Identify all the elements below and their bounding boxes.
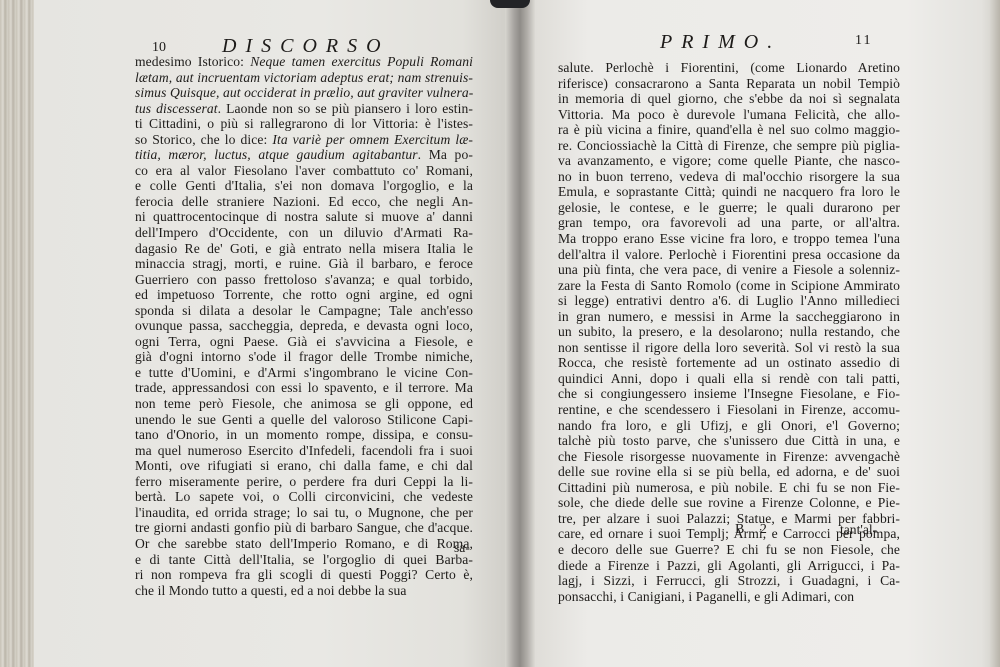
italic-latin-quote: lætam, aut incruentam victoriam adeptus … [135, 70, 473, 85]
text-segment: salute. Perlochè i Fiorentini, (come Lio… [558, 60, 900, 75]
text-line: gelosie, le contese, e le guerre; le qua… [558, 200, 900, 216]
text-line: dell'altra il valore. Perlochè i Fiorent… [558, 247, 900, 263]
text-segment: re. Conciossiachè la Città di Firenze, c… [558, 138, 900, 153]
text-segment: va avanzamento, e vigore; come quelle Pi… [558, 153, 900, 168]
text-segment: ra è più vicina a finire, quand'ella è n… [558, 122, 900, 137]
text-line: co era al valor Fiesolano l'aver combatt… [135, 163, 473, 179]
italic-latin-quote: Ita variè per omnem Exercitum læ- [272, 132, 473, 147]
text-line: che il Mondo tutto a questi, ed a noi de… [135, 583, 473, 599]
text-segment: zare la Festa di Santo Romolo (come in S… [558, 278, 900, 293]
text-segment: co era al valor Fiesolano l'aver combatt… [135, 163, 473, 178]
page-stack-edge-right [990, 0, 1000, 667]
text-line: ed impetuoso Torrente, che rotto ogni ar… [135, 287, 473, 303]
text-segment: quindici Anni, dopo i quali ella si rend… [558, 371, 900, 386]
text-line: già d'ogni intorno s'ode il fragor delle… [135, 349, 473, 365]
text-segment: trade, appressandosi con essi lo spavent… [135, 380, 473, 395]
text-segment: nando fra loro, e gli Ufizj, e gli Onori… [558, 418, 900, 433]
text-segment: ni quattrocentocinque di nostra salute s… [135, 209, 473, 224]
text-line: ti Cittadini, o più si rallegrarono di l… [135, 116, 473, 132]
text-line: unendo le sue Genti a quelle del valoros… [135, 412, 473, 428]
signature-mark: B 2 [735, 522, 773, 538]
text-segment: e di tante Città dell'Italia, se l'orgog… [135, 552, 473, 567]
text-segment: che Fiesole risorgesse nuovamente in Fir… [558, 449, 900, 464]
text-segment: in gran numero, e messisi in Arme la sac… [558, 309, 900, 324]
book-gutter [505, 0, 535, 667]
text-segment: gran tempo, ora favorevoli ad una parte,… [558, 215, 900, 230]
text-segment: rentine, e che scendessero i Fiesolani i… [558, 402, 900, 417]
text-segment: sole, che diede delle sue rovine a Firen… [558, 495, 900, 510]
text-segment: ti Cittadini, o più si rallegrarono di l… [135, 116, 473, 131]
text-line: diede a Firenze i Pazzi, gli Agolanti, g… [558, 558, 900, 574]
text-line: simus Quisque, aut occiderat in prælio, … [135, 85, 473, 101]
text-line: trade, appressandosi con essi lo spavent… [135, 380, 473, 396]
text-segment: riferisce) consacrarono a Santa Reparata… [558, 76, 900, 91]
text-segment: l'inaudita, ed orrida strage; lo sai tu,… [135, 505, 473, 520]
italic-latin-quote: titia, mæror, luctus, atque gaudium agit… [135, 147, 418, 162]
text-segment: delle sue rovine ella si se più bella, e… [558, 464, 900, 479]
text-line: e tutte d'Uomini, e d'Armi s'ingombrano … [135, 365, 473, 381]
text-segment: . Ma po- [418, 147, 473, 162]
text-line: che Fiesole risorgesse nuovamente in Fir… [558, 449, 900, 465]
text-segment: dell'Impero d'Occidente, con un diluvio … [135, 225, 473, 240]
text-segment: minaccia stragj, morti, e ruine. Già il … [135, 256, 473, 271]
left-page-body: medesimo Istorico: Neque tamen exercitus… [135, 54, 473, 598]
text-line: Guerriero con passo frettoloso s'avanza;… [135, 272, 473, 288]
text-line: si legge) entrativi dentro a'6. di Lugli… [558, 293, 900, 309]
text-segment: Guerriero con passo frettoloso s'avanza;… [135, 272, 473, 287]
text-line: lagj, i Sizzi, i Ferrucci, gli Strozzi, … [558, 573, 900, 589]
text-segment: ed impetuoso Torrente, che rotto ogni ar… [135, 287, 473, 302]
text-segment: non teme però Fiesole, che animosa se gl… [135, 396, 473, 411]
text-line: no in buon terreno, vedeva di mal'occhio… [558, 169, 900, 185]
text-line: tre giorni andasti gonfio più di barbaro… [135, 520, 473, 536]
text-line: ponsacchi, i Canigiani, i Paganelli, e g… [558, 589, 900, 605]
text-segment: ma quel numeroso Esercito d'Infedeli, fa… [135, 443, 473, 458]
text-segment: Rocca, che resistè fortemente ad un osti… [558, 355, 900, 370]
text-line: in gran numero, e messisi in Arme la sac… [558, 309, 900, 325]
text-line: che si congiungessero insieme l'Insegne … [558, 386, 900, 402]
text-segment: non sentisse il rigore della loro severi… [558, 340, 900, 355]
text-segment: e colle Genti d'Italia, s'ei non domava … [135, 178, 473, 193]
text-line: ovunque passa, saccheggia, depreda, e de… [135, 318, 473, 334]
text-segment: in memoria di quel giorno, che s'ebbe da… [558, 91, 900, 106]
text-line: zare la Festa di Santo Romolo (come in S… [558, 278, 900, 294]
spine-shadow [490, 0, 530, 8]
text-line: ra è più vicina a finire, quand'ella è n… [558, 122, 900, 138]
text-segment: talchè più tosto parve, che s'unissero d… [558, 433, 900, 448]
page-stack-edge-left [0, 0, 34, 667]
text-line: e di tante Città dell'Italia, se l'orgog… [135, 552, 473, 568]
text-line: ni quattrocentocinque di nostra salute s… [135, 209, 473, 225]
text-line: Rocca, che resistè fortemente ad un osti… [558, 355, 900, 371]
text-line: ogni Terra, ogni Paese. Già ei s'avvicin… [135, 334, 473, 350]
text-line: ri non rompeva fra gli scogli di questi … [135, 567, 473, 583]
text-segment: medesimo Istorico: [135, 54, 250, 69]
text-segment: ri non rompeva fra gli scogli di questi … [135, 567, 473, 582]
text-line: tus discesserat. Laonde non so se più pi… [135, 101, 473, 117]
text-segment: ogni Terra, ogni Paese. Già ei s'avvicin… [135, 334, 473, 349]
text-segment: unendo le sue Genti a quelle del valoros… [135, 412, 473, 427]
text-segment: no in buon terreno, vedeva di mal'occhio… [558, 169, 900, 184]
text-segment: Vittoria. Ma poco è durevole l'umana Fel… [558, 107, 900, 122]
text-segment: e tutte d'Uomini, e d'Armi s'ingombrano … [135, 365, 473, 380]
text-segment: tano d'Onorio, in un momento rompe, diss… [135, 427, 473, 442]
text-line: dell'Impero d'Occidente, con un diluvio … [135, 225, 473, 241]
italic-latin-quote: tus discesserat [135, 101, 218, 116]
text-segment: ovunque passa, saccheggia, depreda, e de… [135, 318, 473, 333]
text-line: dagasio Re de' Goti, e già entrato nella… [135, 241, 473, 257]
text-segment: . Laonde non so se più piansero i loro e… [218, 101, 473, 116]
text-segment: ferocia delle straniere Nazioni. Ed ecco… [135, 194, 473, 209]
text-line: ferocia delle straniere Nazioni. Ed ecco… [135, 194, 473, 210]
text-line: salute. Perlochè i Fiorentini, (come Lio… [558, 60, 900, 76]
text-line: ma quel numeroso Esercito d'Infedeli, fa… [135, 443, 473, 459]
text-line: ferro miseramente perire, o perdere fra … [135, 474, 473, 490]
text-segment: dell'altra il valore. Perlochè i Fiorent… [558, 247, 900, 262]
text-segment: e decoro delle sue Guerre? E chi fu se n… [558, 542, 900, 557]
text-segment: Emula, e soprastante Città; quindi ne na… [558, 184, 900, 199]
text-segment: una più finta, che vera pace, di venire … [558, 262, 900, 277]
right-catchword: tant'al- [840, 522, 877, 538]
italic-latin-quote: simus Quisque, aut occiderat in prælio, … [135, 85, 473, 100]
text-line: Monti, ove rifugiati si erano, chi dalla… [135, 458, 473, 474]
text-segment: lagj, i Sizzi, i Ferrucci, gli Strozzi, … [558, 573, 900, 588]
text-line: minaccia stragj, morti, e ruine. Già il … [135, 256, 473, 272]
right-page-number: 11 [855, 33, 872, 49]
text-segment: che il Mondo tutto a questi, ed a noi de… [135, 583, 407, 598]
text-line: Emula, e soprastante Città; quindi ne na… [558, 184, 900, 200]
text-segment: so Storico, che lo dice: [135, 132, 272, 147]
text-line: Cittadini più numerosa, e più nobile. E … [558, 480, 900, 496]
text-line: riferisce) consacrarono a Santa Reparata… [558, 76, 900, 92]
text-segment: che si congiungessero insieme l'Insegne … [558, 386, 900, 401]
italic-latin-quote: Neque tamen exercitus Populi Romani [250, 54, 473, 69]
text-segment: Ma troppo erano Esse vicine fra loro, e … [558, 231, 900, 246]
text-line: non sentisse il rigore della loro severi… [558, 340, 900, 356]
text-segment: ferro miseramente perire, o perdere fra … [135, 474, 473, 489]
text-segment: diede a Firenze i Pazzi, gli Agolanti, g… [558, 558, 900, 573]
text-line: non teme però Fiesole, che animosa se gl… [135, 396, 473, 412]
text-line: talchè più tosto parve, che s'unissero d… [558, 433, 900, 449]
text-line: rentine, e che scendessero i Fiesolani i… [558, 402, 900, 418]
left-catchword: sa- [454, 540, 470, 556]
text-line: sole, che diede delle sue rovine a Firen… [558, 495, 900, 511]
text-line: delle sue rovine ella si se più bella, e… [558, 464, 900, 480]
text-line: tano d'Onorio, in un momento rompe, diss… [135, 427, 473, 443]
text-line: e decoro delle sue Guerre? E chi fu se n… [558, 542, 900, 558]
text-segment: bertà. Lo sapete voi, o Colli circonvici… [135, 489, 473, 504]
text-line: lætam, aut incruentam victoriam adeptus … [135, 70, 473, 86]
text-line: un subito, la presero, e la desolarono; … [558, 324, 900, 340]
text-segment: Cittadini più numerosa, e più nobile. E … [558, 480, 900, 495]
text-segment: ponsacchi, i Canigiani, i Paganelli, e g… [558, 589, 854, 604]
open-book-spread: 10 DISCORSO medesimo Istorico: Neque tam… [0, 0, 1000, 667]
text-line: l'inaudita, ed orrida strage; lo sai tu,… [135, 505, 473, 521]
text-segment: tre giorni andasti gonfio più di barbaro… [135, 520, 473, 535]
text-line: in memoria di quel giorno, che s'ebbe da… [558, 91, 900, 107]
text-segment: sponda si dilata a desolar le Campagne; … [135, 303, 473, 318]
text-segment: Or che sarebbe stato dell'Imperio Romano… [135, 536, 473, 551]
text-segment: un subito, la presero, e la desolarono; … [558, 324, 900, 339]
text-segment: si legge) entrativi dentro a'6. di Lugli… [558, 293, 900, 308]
text-line: va avanzamento, e vigore; come quelle Pi… [558, 153, 900, 169]
text-line: titia, mæror, luctus, atque gaudium agit… [135, 147, 473, 163]
right-running-head: PRIMO. [660, 31, 781, 54]
text-line: medesimo Istorico: Neque tamen exercitus… [135, 54, 473, 70]
text-line: e colle Genti d'Italia, s'ei non domava … [135, 178, 473, 194]
text-segment: già d'ogni intorno s'ode il fragor delle… [135, 349, 473, 364]
text-line: bertà. Lo sapete voi, o Colli circonvici… [135, 489, 473, 505]
text-segment: gelosie, le contese, e le guerre; le qua… [558, 200, 900, 215]
text-line: Vittoria. Ma poco è durevole l'umana Fel… [558, 107, 900, 123]
text-line: Ma troppo erano Esse vicine fra loro, e … [558, 231, 900, 247]
text-segment: Monti, ove rifugiati si erano, chi dalla… [135, 458, 473, 473]
text-segment: dagasio Re de' Goti, e già entrato nella… [135, 241, 473, 256]
text-line: nando fra loro, e gli Ufizj, e gli Onori… [558, 418, 900, 434]
text-line: so Storico, che lo dice: Ita variè per o… [135, 132, 473, 148]
text-line: re. Conciossiachè la Città di Firenze, c… [558, 138, 900, 154]
text-line: quindici Anni, dopo i quali ella si rend… [558, 371, 900, 387]
text-line: gran tempo, ora favorevoli ad una parte,… [558, 215, 900, 231]
text-line: una più finta, che vera pace, di venire … [558, 262, 900, 278]
text-line: sponda si dilata a desolar le Campagne; … [135, 303, 473, 319]
text-line: Or che sarebbe stato dell'Imperio Romano… [135, 536, 473, 552]
